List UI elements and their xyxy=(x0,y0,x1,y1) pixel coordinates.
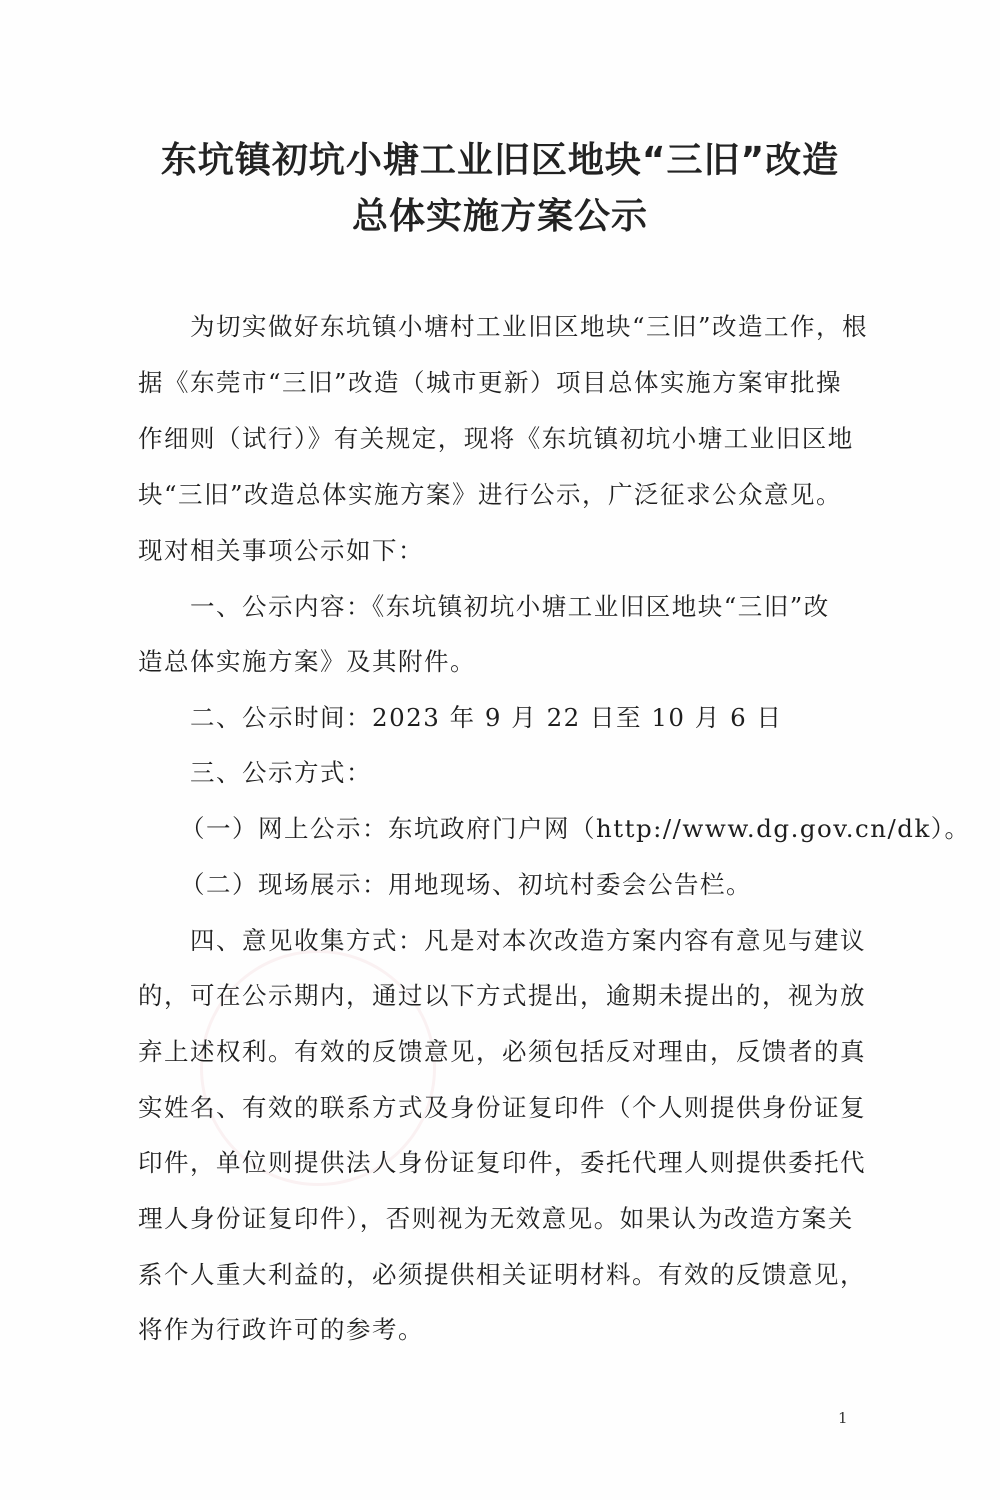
section-4-feedback-line-4: 实姓名、有效的联系方式及身份证复印件（个人则提供身份证复 xyxy=(138,1089,858,1124)
section-3-onsite-display: （二）现场展示：用地现场、初坑村委会公告栏。 xyxy=(180,866,900,901)
intro-paragraph-line-5: 现对相关事项公示如下： xyxy=(138,532,858,567)
section-4-feedback-line-6: 理人身份证复印件），否则视为无效意见。如果认为改造方案关 xyxy=(138,1200,858,1235)
intro-paragraph-line-3: 作细则（试行）》有关规定，现将《东坑镇初坑小塘工业旧区地 xyxy=(138,420,858,455)
intro-paragraph-line-1: 为切实做好东坑镇小塘村工业旧区地块“三旧”改造工作，根 xyxy=(190,308,910,343)
section-1-content-line-2: 造总体实施方案》及其附件。 xyxy=(138,643,858,678)
intro-paragraph-line-4: 块“三旧”改造总体实施方案》进行公示，广泛征求公众意见。 xyxy=(138,476,858,511)
section-4-feedback-line-3: 弃上述权利。有效的反馈意见，必须包括反对理由，反馈者的真 xyxy=(138,1033,858,1068)
section-4-feedback-line-5: 印件，单位则提供法人身份证复印件，委托代理人则提供委托代 xyxy=(138,1144,858,1179)
page-number: 1 xyxy=(838,1409,848,1427)
section-3-method-heading: 三、公示方式： xyxy=(190,754,910,789)
section-4-feedback-line-2: 的，可在公示期内，通过以下方式提出，逾期未提出的，视为放 xyxy=(138,977,858,1012)
section-4-feedback-line-7: 系个人重大利益的，必须提供相关证明材料。有效的反馈意见， xyxy=(138,1256,858,1291)
section-1-content-line-1: 一、公示内容：《东坑镇初坑小塘工业旧区地块“三旧”改 xyxy=(190,588,910,623)
document-title-line-2: 总体实施方案公示 xyxy=(0,188,1000,239)
section-2-time: 二、公示时间：2023 年 9 月 22 日至 10 月 6 日 xyxy=(190,699,910,734)
intro-paragraph-line-2: 据《东莞市“三旧”改造（城市更新）项目总体实施方案审批操 xyxy=(138,364,858,399)
section-4-feedback-line-8: 将作为行政许可的参考。 xyxy=(138,1311,858,1346)
section-4-feedback-line-1: 四、意见收集方式：凡是对本次改造方案内容有意见与建议 xyxy=(190,922,910,957)
document-title-line-1: 东坑镇初坑小塘工业旧区地块“三旧”改造 xyxy=(0,132,1000,183)
document-page: 东坑镇初坑小塘工业旧区地块“三旧”改造 总体实施方案公示 为切实做好东坑镇小塘村… xyxy=(0,0,1000,1500)
section-3-online-notice: （一）网上公示：东坑政府门户网（http://www.dg.gov.cn/dk）… xyxy=(180,810,900,845)
